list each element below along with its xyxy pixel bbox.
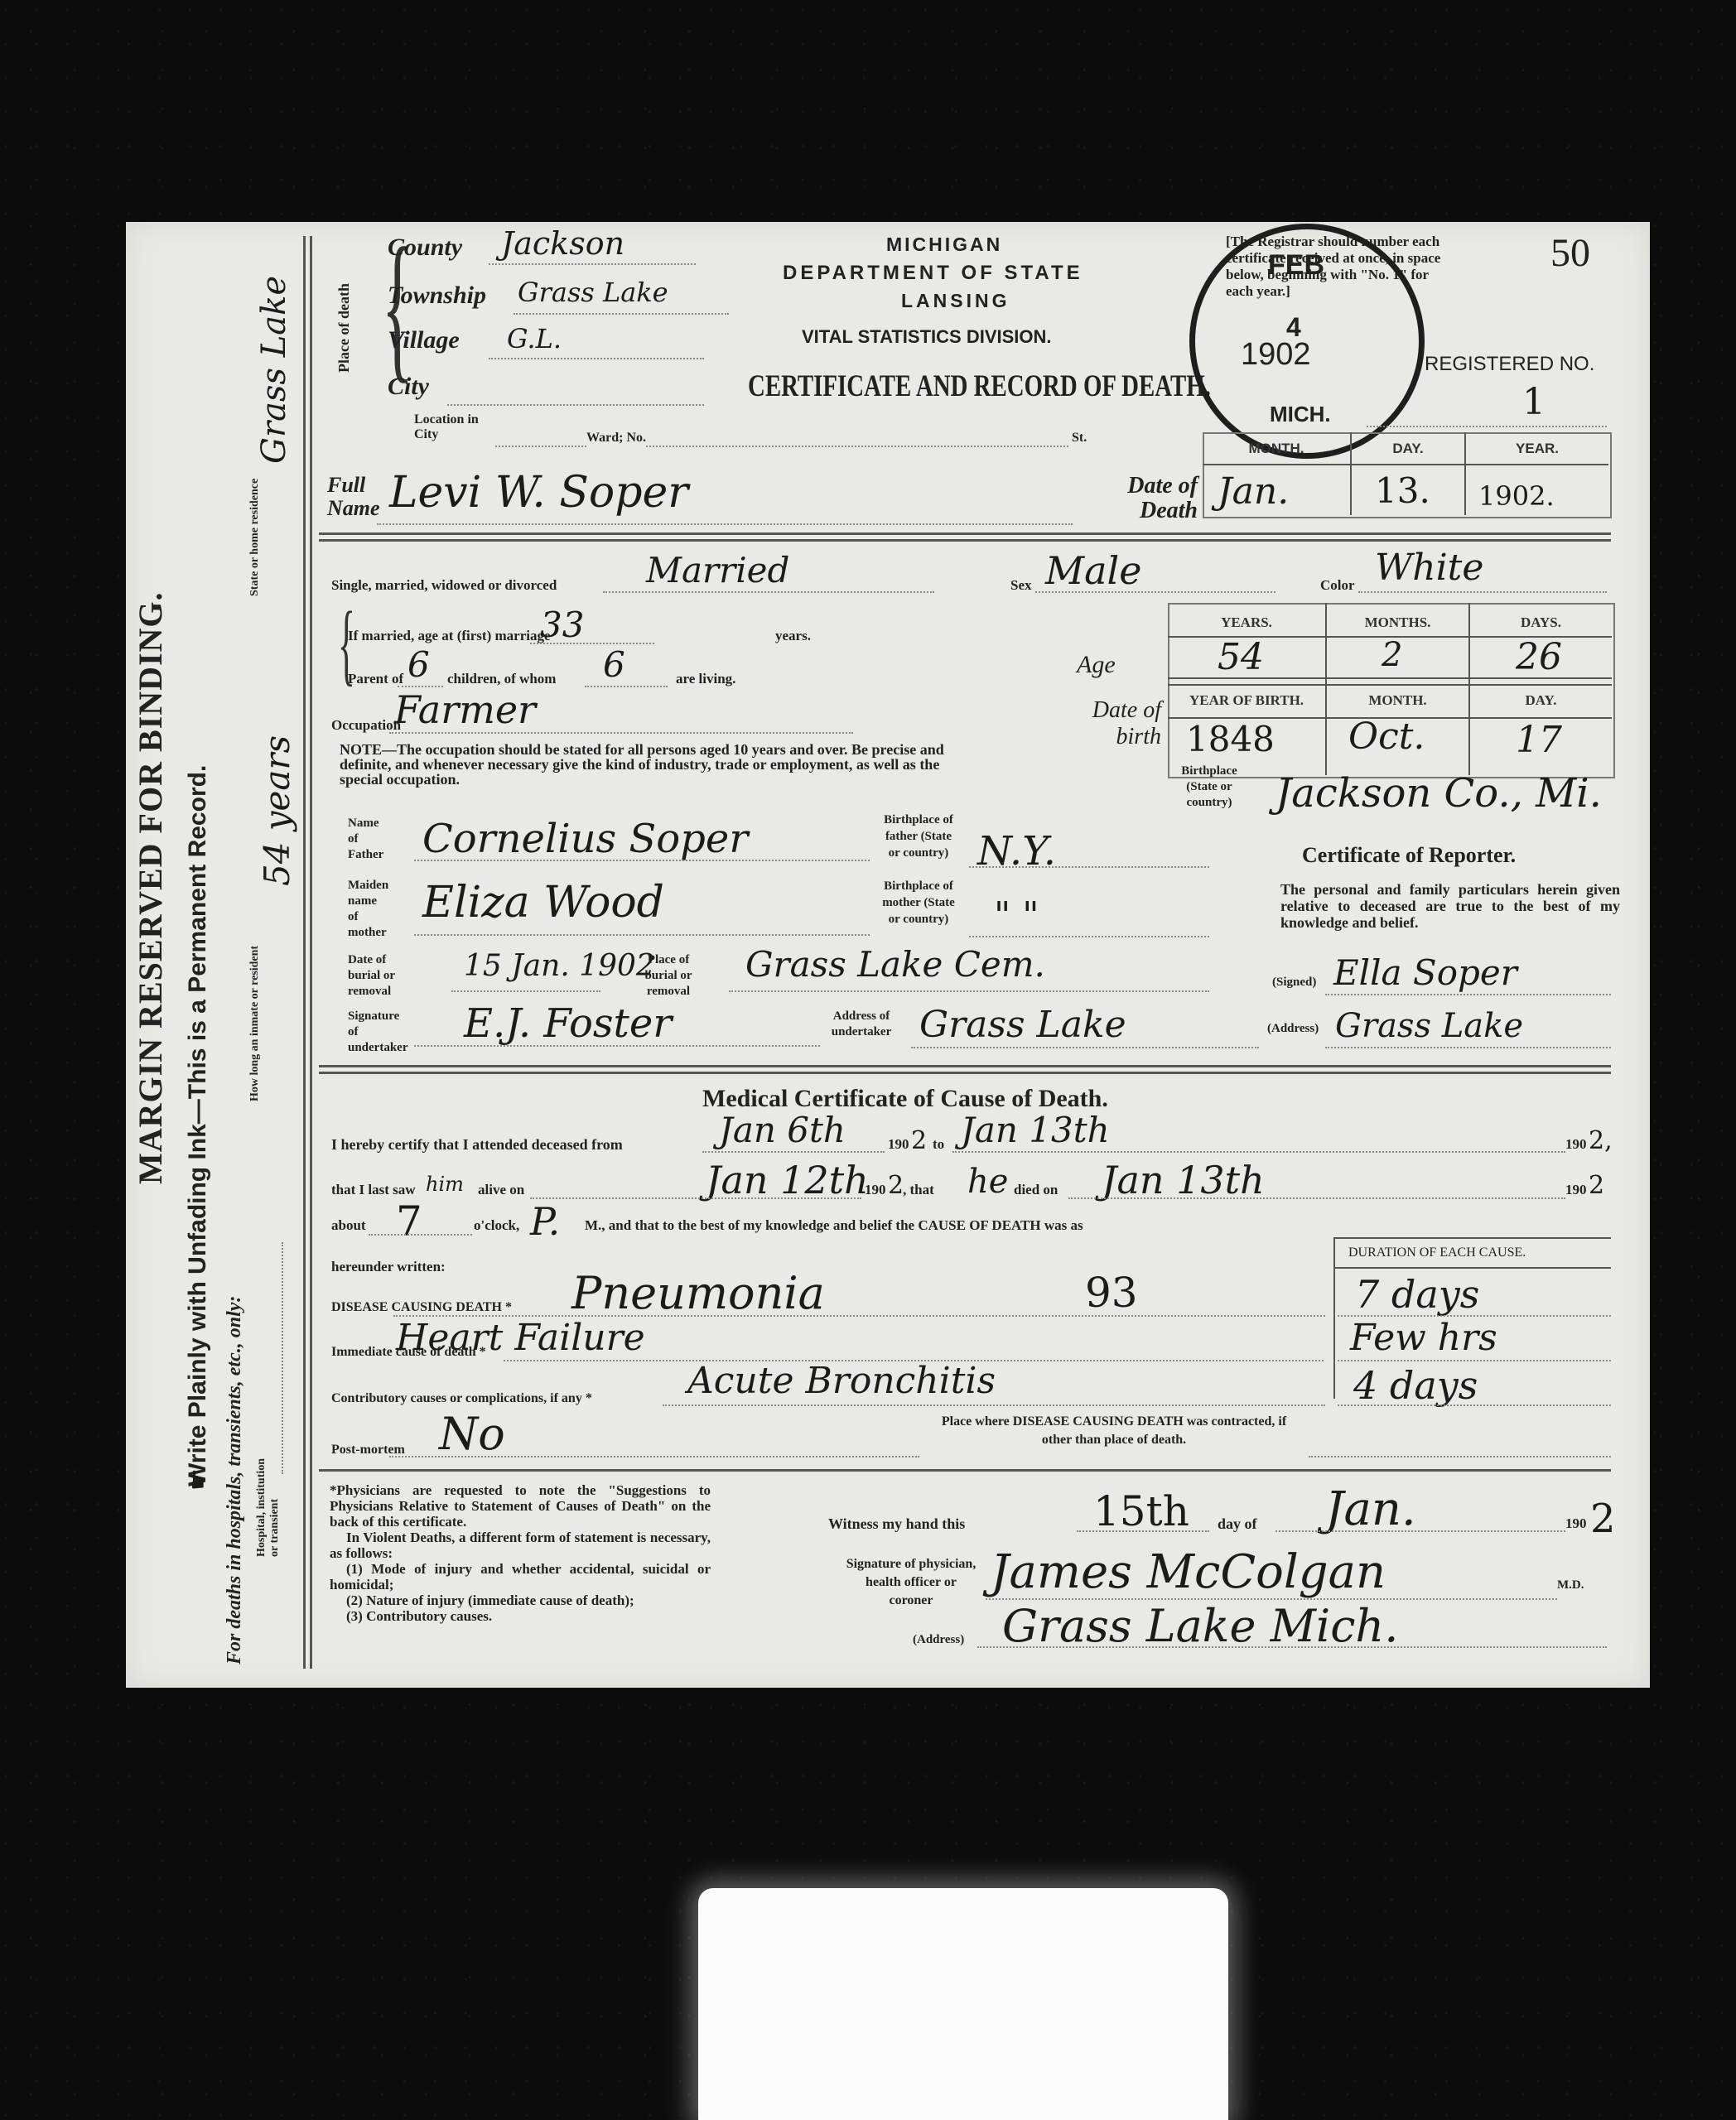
- physician-signature-value: James McColgan: [991, 1545, 1386, 1599]
- witness-day: 15th: [1093, 1487, 1189, 1535]
- attended-from: Jan 6th: [719, 1110, 846, 1150]
- contributory-value: Acute Bronchitis: [687, 1360, 996, 1402]
- street-label: St.: [1072, 431, 1087, 446]
- alive-on-label: alive on: [478, 1182, 524, 1198]
- attended-to: Jan 13th: [961, 1110, 1110, 1150]
- marital-status-value: Married: [646, 550, 789, 590]
- dod-day: 13.: [1375, 470, 1430, 511]
- undertaker-address-label: Address of undertaker: [828, 1009, 895, 1040]
- that-label: , that: [903, 1182, 934, 1198]
- about-label: about: [331, 1217, 366, 1234]
- witness-label: Witness my hand this: [828, 1515, 965, 1533]
- header-state: MICHIGAN: [886, 234, 1002, 256]
- undertaker-value: E.J. Foster: [464, 1000, 672, 1047]
- dod-day-header: DAY.: [1352, 441, 1464, 457]
- contributory-label: Contributory causes or complications, if…: [331, 1391, 592, 1406]
- physician-note-2: In Violent Deaths, a different form of s…: [330, 1530, 711, 1561]
- hospital-notice: For deaths in hospitals, transients, etc…: [224, 1296, 246, 1665]
- postmortem-value: No: [439, 1408, 505, 1460]
- birth-year-header: YEAR OF BIRTH.: [1168, 692, 1325, 709]
- disease-code: 93: [1085, 1269, 1138, 1317]
- hour-value: 7: [396, 1197, 422, 1245]
- full-name-label: Full Name: [327, 474, 377, 520]
- age-days: 26: [1516, 636, 1562, 678]
- stamp-state: MICH.: [1270, 402, 1331, 427]
- full-name-value: Levi W. Soper: [389, 468, 688, 518]
- father-birthplace-label: Birthplace of father (State or country): [881, 812, 956, 861]
- burial-date-value: 15 Jan. 1902: [464, 949, 655, 983]
- ward-label: Ward; No.: [586, 431, 646, 446]
- pointing-hand-icon: ☛: [184, 1468, 213, 1491]
- place-of-death-label: Place of death: [335, 283, 353, 373]
- year-prefix-2: 190: [1565, 1136, 1587, 1153]
- occupation-note: NOTE—The occupation should be stated for…: [340, 742, 969, 787]
- father-value: Cornelius Soper: [422, 816, 748, 862]
- header-department: DEPARTMENT OF STATE: [783, 262, 1083, 285]
- pronoun: him: [426, 1173, 464, 1196]
- attended-prefix: I hereby certify that I attended decease…: [331, 1136, 623, 1154]
- mother-label: Maiden name of mother: [348, 878, 389, 941]
- duration-header: DURATION OF EACH CAUSE.: [1348, 1245, 1526, 1260]
- witness-month: Jan.: [1325, 1482, 1416, 1536]
- children-count: 6: [407, 644, 430, 685]
- color-value: White: [1375, 547, 1483, 589]
- place-contracted-label: Place where DISEASE CAUSING DEATH was co…: [936, 1413, 1292, 1449]
- location-in-city-label: Location in City: [414, 412, 480, 442]
- home-residence-value: Grass Lake: [255, 276, 293, 464]
- occupation-label: Occupation: [331, 717, 401, 734]
- oclock-label: o'clock,: [474, 1217, 519, 1234]
- village-value: G.L.: [507, 323, 562, 354]
- dod-month: Jan.: [1218, 470, 1289, 513]
- color-label: Color: [1320, 577, 1355, 594]
- hereunder-label: hereunder written:: [331, 1259, 446, 1275]
- physician-note-5: (3) Contributory causes.: [330, 1608, 711, 1624]
- day-of-label: day of: [1218, 1515, 1257, 1533]
- burial-place-label: Place of burial or removal: [639, 952, 697, 1000]
- sex-value: Male: [1045, 548, 1141, 593]
- disease-duration: 7 days: [1355, 1272, 1479, 1317]
- contributory-duration: 4 days: [1353, 1363, 1478, 1408]
- cause-statement: M., and that to the best of my knowledge…: [585, 1217, 1083, 1234]
- immediate-cause-value: Heart Failure: [396, 1317, 645, 1359]
- birth-month-header: MONTH.: [1327, 692, 1468, 709]
- meridiem-value: P.: [530, 1199, 560, 1244]
- dod-month-header: MONTH.: [1203, 441, 1350, 457]
- date-of-death-label: Date of Death: [1107, 474, 1198, 523]
- received-date-stamp: FEB 4 1902 MICH.: [1189, 224, 1425, 459]
- township-label: Township: [388, 282, 486, 310]
- ink-notice: Write Plainly with Unfading Ink—This is …: [184, 765, 212, 1486]
- died-on-label: died on: [1014, 1182, 1058, 1198]
- burial-date-label: Date of burial or removal: [348, 952, 406, 1000]
- hospital-label: Hospital, institution or transient: [255, 1457, 282, 1557]
- age-at-marriage-value: 33: [540, 605, 584, 645]
- registered-no-label: REGISTERED NO.: [1425, 353, 1594, 376]
- age-at-marriage-unit: years.: [775, 628, 811, 644]
- binding-notice: MARGIN RESERVED FOR BINDING.: [131, 591, 170, 1184]
- birth-year: 1848: [1186, 719, 1275, 759]
- village-label: Village: [388, 326, 460, 354]
- stamp-month: FEB: [1268, 249, 1324, 282]
- age-months-header: MONTHS.: [1327, 614, 1468, 631]
- birth-day-header: DAY.: [1470, 692, 1612, 709]
- registered-no-value: 1: [1522, 381, 1546, 423]
- year-prefix-4: 190: [1565, 1182, 1587, 1198]
- city-label: City: [388, 373, 429, 401]
- reporter-signed-value: Ella Soper: [1333, 952, 1517, 993]
- mother-birthplace-value: " ": [994, 894, 1039, 937]
- last-saw-prefix: that I last saw: [331, 1182, 416, 1198]
- medical-title: Medical Certificate of Cause of Death.: [702, 1085, 1108, 1113]
- disease-value: Pneumonia: [571, 1267, 825, 1319]
- header-city: LANSING: [901, 290, 1010, 312]
- attended-from-year: 2: [911, 1126, 927, 1155]
- year-prefix-3: 190: [865, 1182, 886, 1198]
- md-label: M.D.: [1557, 1578, 1584, 1592]
- age-years: 54: [1218, 636, 1264, 678]
- header-division: VITAL STATISTICS DIVISION.: [802, 326, 1052, 348]
- township-value: Grass Lake: [518, 277, 668, 308]
- disease-label: DISEASE CAUSING DEATH *: [331, 1300, 512, 1315]
- witness-year: 2: [1590, 1496, 1616, 1542]
- last-saw-date: Jan 12th: [706, 1158, 869, 1202]
- birthplace-label: Birthplace (State or country): [1176, 764, 1242, 811]
- county-label: County: [388, 234, 462, 262]
- reporter-address-value: Grass Lake: [1335, 1007, 1523, 1045]
- physician-note-3: (1) Mode of injury and whether accidenta…: [330, 1561, 711, 1592]
- reporter-statement: The personal and family particulars here…: [1280, 881, 1620, 931]
- children-label: children, of whom: [447, 671, 556, 687]
- physician-note-1: *Physicians are requested to note the "S…: [330, 1482, 711, 1530]
- physician-address-value: Grass Lake Mich.: [1002, 1600, 1398, 1652]
- occupation-value: Farmer: [394, 687, 536, 732]
- marital-status-label: Single, married, widowed or divorced: [331, 577, 557, 594]
- age-years-header: YEARS.: [1168, 614, 1325, 631]
- witness-year-prefix: 190: [1565, 1515, 1587, 1532]
- last-saw-year: 2: [888, 1171, 904, 1200]
- age-days-header: DAYS.: [1470, 614, 1612, 631]
- certificate-title: CERTIFICATE AND RECORD OF DEATH.: [748, 369, 1211, 404]
- page-number: 50: [1550, 230, 1590, 276]
- date-of-birth-label: Date of birth: [1062, 697, 1161, 750]
- sex-label: Sex: [1010, 577, 1032, 594]
- dod-year-header: YEAR.: [1466, 441, 1608, 457]
- undertaker-address-value: Grass Lake: [919, 1004, 1126, 1046]
- age-label: Age: [1077, 651, 1116, 679]
- film-leader-blank: [698, 1888, 1228, 2120]
- father-label: Name of Father: [348, 816, 389, 863]
- died-year: 2: [1589, 1171, 1604, 1200]
- reporter-address-label: (Address): [1267, 1022, 1319, 1036]
- physician-signature-label: Signature of physician, health officer o…: [845, 1555, 977, 1610]
- physician-address-label: (Address): [913, 1633, 964, 1647]
- immediate-duration: Few hrs: [1350, 1317, 1497, 1359]
- mother-value: Eliza Wood: [422, 878, 664, 927]
- burial-place-value: Grass Lake Cem.: [745, 944, 1045, 985]
- county-value: Jackson: [501, 225, 624, 262]
- how-long-value: 54 years: [257, 735, 297, 886]
- physician-note-4: (2) Nature of injury (immediate cause of…: [330, 1592, 711, 1608]
- reporter-title: Certificate of Reporter.: [1302, 843, 1516, 868]
- birth-day: 17: [1516, 719, 1562, 761]
- stamp-year: 1902: [1241, 337, 1311, 373]
- birthplace-value: Jackson Co., Mi.: [1275, 770, 1602, 817]
- age-months: 2: [1382, 636, 1402, 674]
- dod-year: 1902.: [1478, 480, 1555, 512]
- attended-to-year: 2,: [1589, 1126, 1613, 1155]
- age-at-marriage-label: If married, age at (first) marriage: [348, 628, 551, 644]
- mother-birthplace-label: Birthplace of mother (State or country): [881, 878, 956, 927]
- undertaker-label: Signature of undertaker: [348, 1009, 406, 1056]
- year-prefix-1: 190: [888, 1136, 909, 1153]
- home-residence-label: State or home residence: [248, 479, 262, 596]
- living-label: are living.: [676, 671, 735, 687]
- physician-notes: *Physicians are requested to note the "S…: [330, 1482, 711, 1624]
- reporter-signed-label: (Signed): [1272, 976, 1316, 990]
- birth-month: Oct.: [1348, 715, 1425, 758]
- died-date: Jan 13th: [1102, 1158, 1265, 1202]
- children-living: 6: [603, 644, 625, 685]
- how-long-label: How long an inmate or resident: [248, 946, 262, 1101]
- to-label: to: [933, 1136, 944, 1153]
- he-value: he: [967, 1163, 1008, 1201]
- parent-of-label: Parent of: [348, 671, 403, 687]
